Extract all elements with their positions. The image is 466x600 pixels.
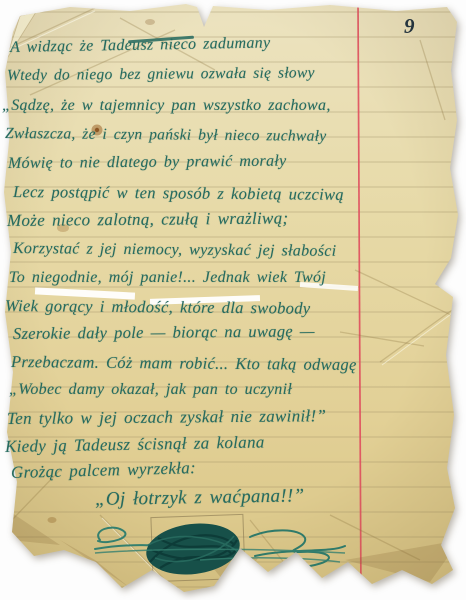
paper-scan [0,0,466,600]
scanned-letter-page: 9 A widząc że Tadeusz nieco zadumany Wte… [0,0,466,600]
